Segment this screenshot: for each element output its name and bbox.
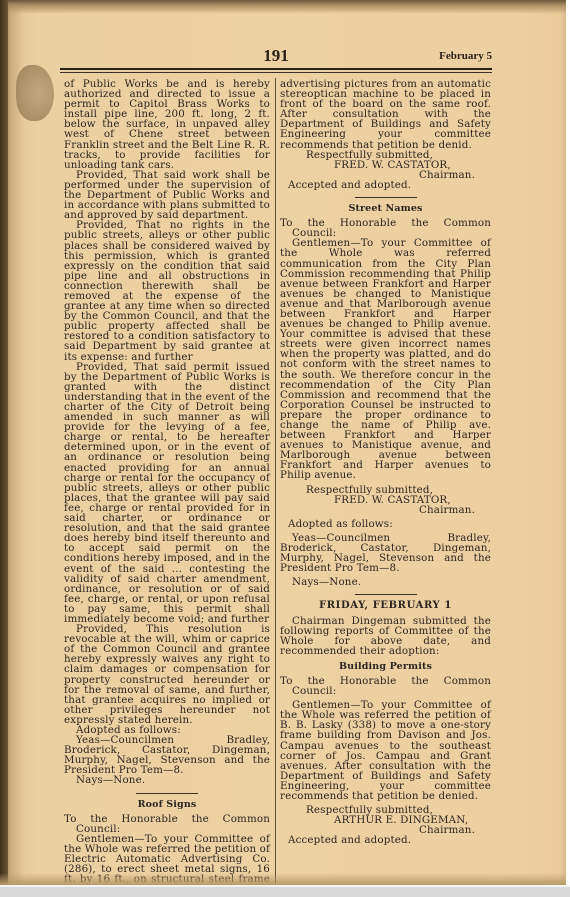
nays-line: Nays—None. [280,577,491,587]
adopted-line: Adopted as follows: [280,519,491,529]
section-title-street-names: Street Names [280,204,491,214]
accepted-line: Accepted and adopted. [280,835,491,845]
header-rule-thin [60,72,492,73]
header-rule-thick [60,68,492,70]
section-divider [355,197,417,198]
header-date: February 5 [439,50,492,62]
date-heading: FRIDAY, FEBRUARY 1 [280,601,491,611]
yeas-line: Yeas—Councilmen Bradley, Broderick, Cast… [280,533,491,573]
paragraph: of Public Works be and is hereby authori… [64,79,270,170]
paragraph: Provided, That said work shall be perfor… [64,170,270,220]
salutation: To the Honorable the Common Council: [280,676,491,696]
paragraph: Provided, That no rights in the public s… [64,220,270,361]
left-column: of Public Works be and is hereby authori… [64,79,270,885]
paragraph: Provided, That said permit issued by the… [64,362,270,624]
section-divider [355,594,417,595]
section-title-roof-signs: Roof Signs [64,800,270,810]
page-header: 191 February 5 [60,46,492,66]
section-title-building-permits: Building Permits [280,662,491,672]
salutation: To the Honorable the Common Council: [280,218,491,238]
section-divider [136,793,198,794]
page-number: 191 [60,46,492,66]
column-divider [275,78,276,885]
accepted-line: Accepted and adopted. [280,180,491,190]
scan-bottom-edge [0,885,570,897]
paragraph: Gentlemen—To your Committee of the Whole… [64,834,270,885]
page-tear-damage [16,65,54,121]
paragraph: Provided, This resolution is revocable a… [64,624,270,725]
book-spine [0,0,8,885]
yeas-line: Yeas—Councilmen Bradley, Broderick, Cast… [64,735,270,775]
signature-title: Chairman. [280,505,491,515]
paragraph: Gentlemen—To your Committee of the Whole… [280,238,491,480]
nays-line: Nays—None. [64,775,270,785]
right-column: advertising pictures from an automatic s… [280,79,491,845]
paragraph: Gentlemen—To your Committee of the Whole… [280,700,491,801]
paragraph: advertising pictures from an automatic s… [280,79,491,150]
scanned-page: 191 February 5 of Public Works be and is… [0,0,566,885]
paragraph: Chairman Dingeman submitted the followin… [280,616,491,656]
salutation: To the Honorable the Common Council: [64,814,270,834]
